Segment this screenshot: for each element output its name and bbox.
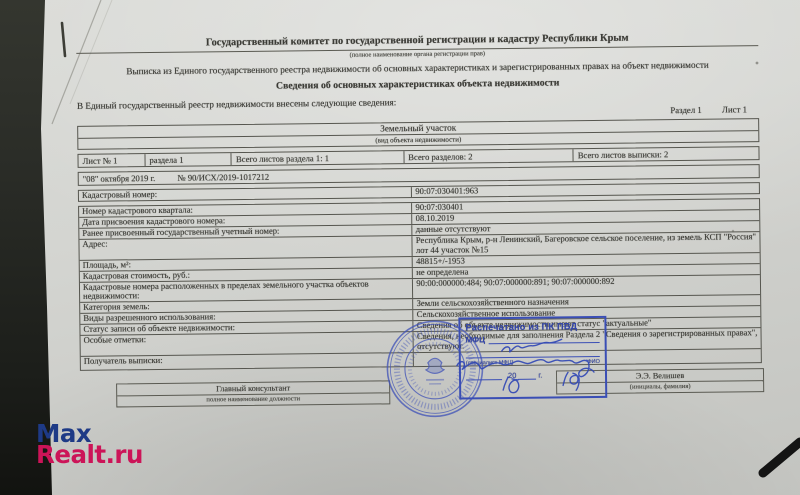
row-label: Получатель выписки: (81, 353, 415, 370)
stamp-date-line (466, 379, 502, 380)
doc-date: "08" октября 2019 г. (83, 173, 156, 184)
row-label: Особые отметки: (81, 332, 415, 355)
sheet-cell: Всего разделов: 2 (404, 149, 574, 163)
sheet-cell: Лист № 1 (78, 154, 145, 167)
document: Государственный комитет по государственн… (76, 0, 763, 446)
photo-scene: Государственный комитет по государственн… (0, 0, 800, 495)
row-value: 90:00:000000:484; 90:07:000000:891; 90:0… (413, 275, 760, 299)
stamp-year-suffix: г. (538, 371, 542, 380)
stamp-specialist-caption: (специалист МФЦ) (466, 360, 514, 367)
table-row: Кадастровый номер: 90:07:030401:963 (79, 183, 759, 201)
section-label: Раздел 1 (670, 105, 702, 115)
row-label: Адрес: (79, 236, 413, 259)
pvd-stamp: Распечатано из ПК ПВД МФЦ (специалист МФ… (458, 316, 607, 400)
position-caption: полное наименование должности (117, 392, 389, 406)
row-label: Кадастровые номера расположенных в преде… (80, 279, 414, 302)
sheet-label: Лист 1 (722, 104, 747, 114)
document-title: Выписка из Единого государственного реес… (76, 59, 758, 77)
watermark-logo: Max Realt.ru (36, 423, 143, 465)
stamp-fio-line (466, 343, 600, 359)
stamp-year-line (518, 379, 536, 380)
row-value: 90:07:030401:963 (412, 183, 759, 197)
row-value: Республика Крым, р-н Ленинский, Багеровс… (413, 232, 760, 256)
sheet-cell: Всего листов выписки: 2 (574, 147, 759, 161)
signature-footer: Главный консультант полное наименование … (80, 368, 763, 446)
stamp-org: МФЦ (466, 335, 485, 344)
watermark-realt-line: Realt.ru (36, 444, 143, 465)
attributes-table: Номер кадастрового квартала: 90:07:03040… (78, 198, 762, 371)
doc-number: № 90/ИСХ/2019-1017212 (177, 172, 269, 183)
row-label: Кадастровый номер: (79, 187, 412, 201)
document-subtitle: Сведения об основных характеристиках объ… (77, 75, 759, 94)
stamp-year-prefix: 20 (508, 371, 516, 380)
object-type-box: Земельный участок (вид объекта недвижимо… (77, 118, 759, 150)
sheet-cell: Всего листов раздела 1: 1 (232, 151, 404, 165)
position-signature-block: Главный консультант полное наименование … (116, 380, 390, 407)
sheet-cell: раздела 1 (145, 153, 232, 166)
stamp-fio-caption: ФИО (587, 359, 599, 365)
